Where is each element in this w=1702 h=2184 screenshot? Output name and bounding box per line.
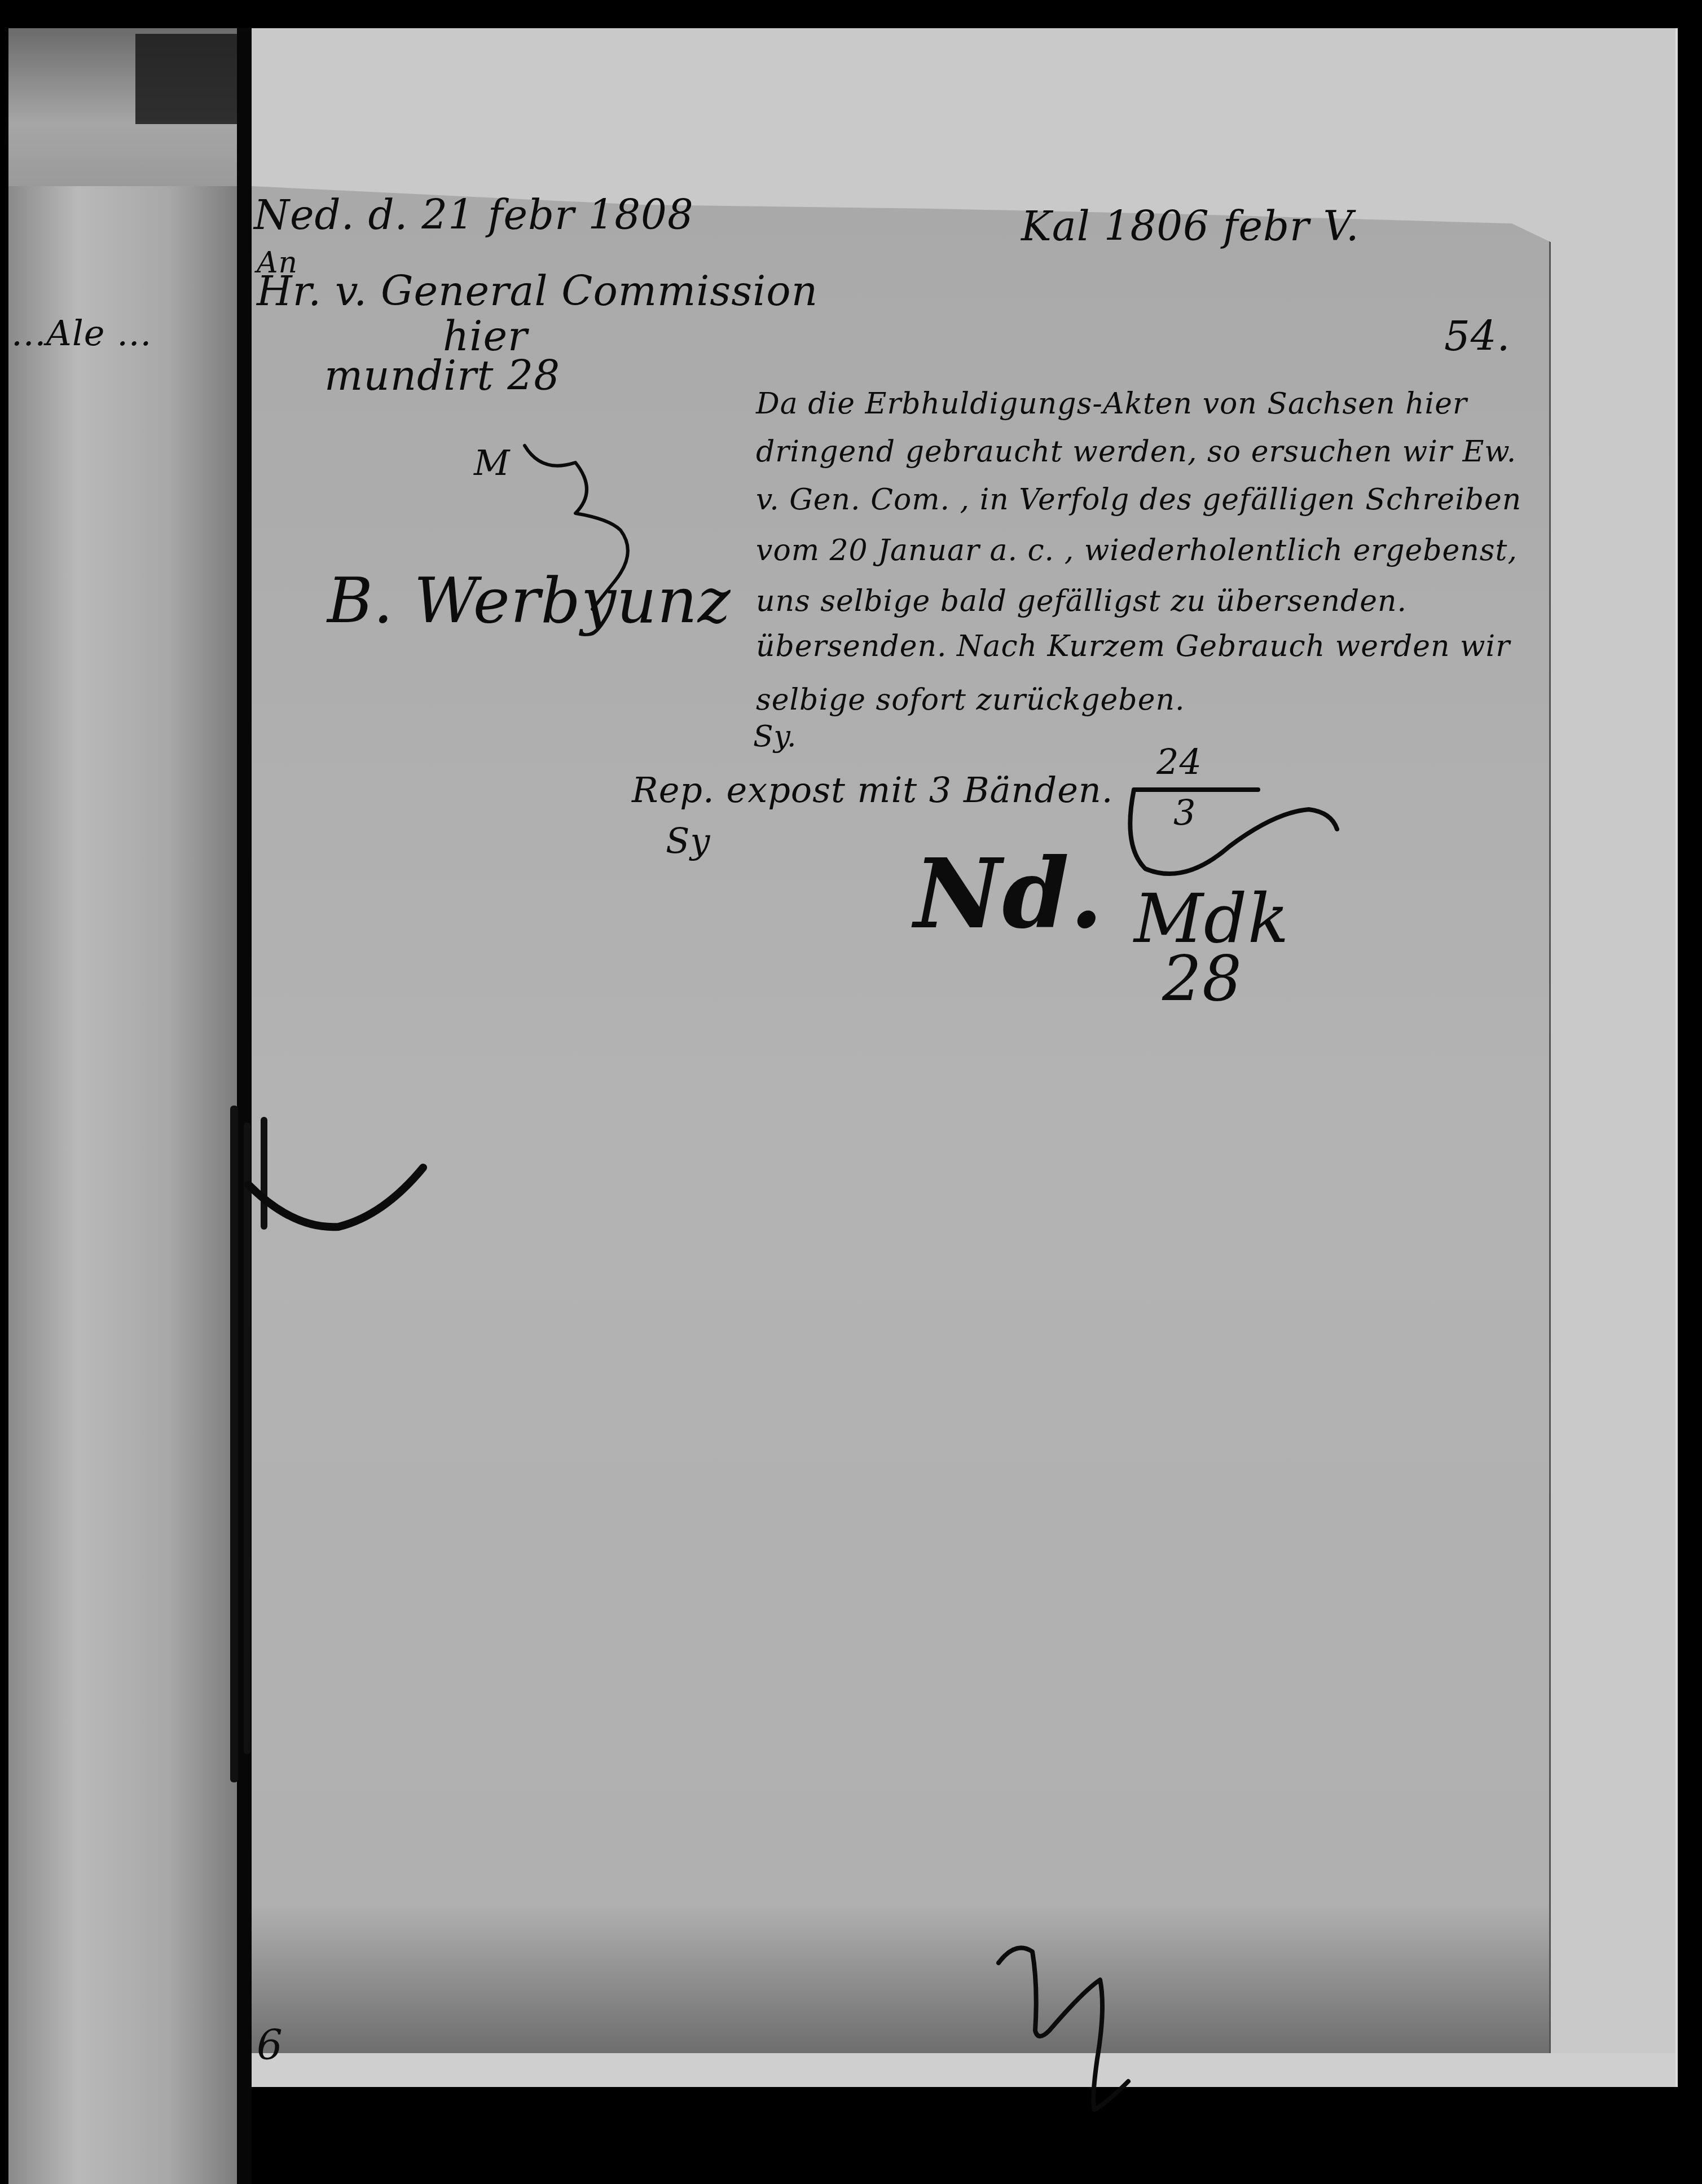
mundirt-note: mundirt 28 xyxy=(324,355,560,396)
date-flourish xyxy=(1117,778,1354,891)
signature-date: 28 xyxy=(1162,948,1242,1010)
annotation-line: Rep. expost mit 3 Bänden. xyxy=(632,773,1113,808)
annotation-date-numerator: 24 xyxy=(1156,745,1202,780)
binding-string-loop xyxy=(226,1100,451,1247)
body-line-3: v. Gen. Com. , in Verfolg des gefälligen… xyxy=(756,485,1521,514)
body-line-4: vom 20 Januar a. c. , wiederholentlich e… xyxy=(756,536,1518,565)
page-number: 6 xyxy=(257,2025,283,2066)
body-line-6: übersenden. Nach Kurzem Gebrauch werden … xyxy=(756,632,1510,661)
margin-fragment: ...Ale ... xyxy=(11,316,152,351)
date-line: Ned. d. 21 febr 1808 xyxy=(254,195,694,235)
body-line-2: dringend gebraucht werden, so ersuchen w… xyxy=(756,437,1516,466)
folio-number: 54. xyxy=(1444,316,1511,356)
bottom-flourish-mark xyxy=(982,1929,1151,2143)
bottom-sheet-edge xyxy=(252,2053,1675,2087)
annotation-initial: Sy xyxy=(666,824,711,858)
signature-nd: Nd. xyxy=(914,846,1103,942)
signature-left: B. Werbyunz xyxy=(327,570,731,632)
body-line-1: Da die Erbhuldigungs-Akten von Sachsen h… xyxy=(756,389,1467,419)
reference-header: Kal 1806 febr V. xyxy=(1021,206,1360,246)
body-line-5: uns selbige bald gefälligst zu übersende… xyxy=(756,587,1407,616)
addressee: Hr. v. General Commission xyxy=(257,271,818,311)
spine-shadow xyxy=(135,34,237,124)
addressee-location: hier xyxy=(443,316,527,356)
body-line-8: Sy. xyxy=(753,722,797,751)
body-line-7: selbige sofort zurückgeben. xyxy=(756,685,1185,715)
